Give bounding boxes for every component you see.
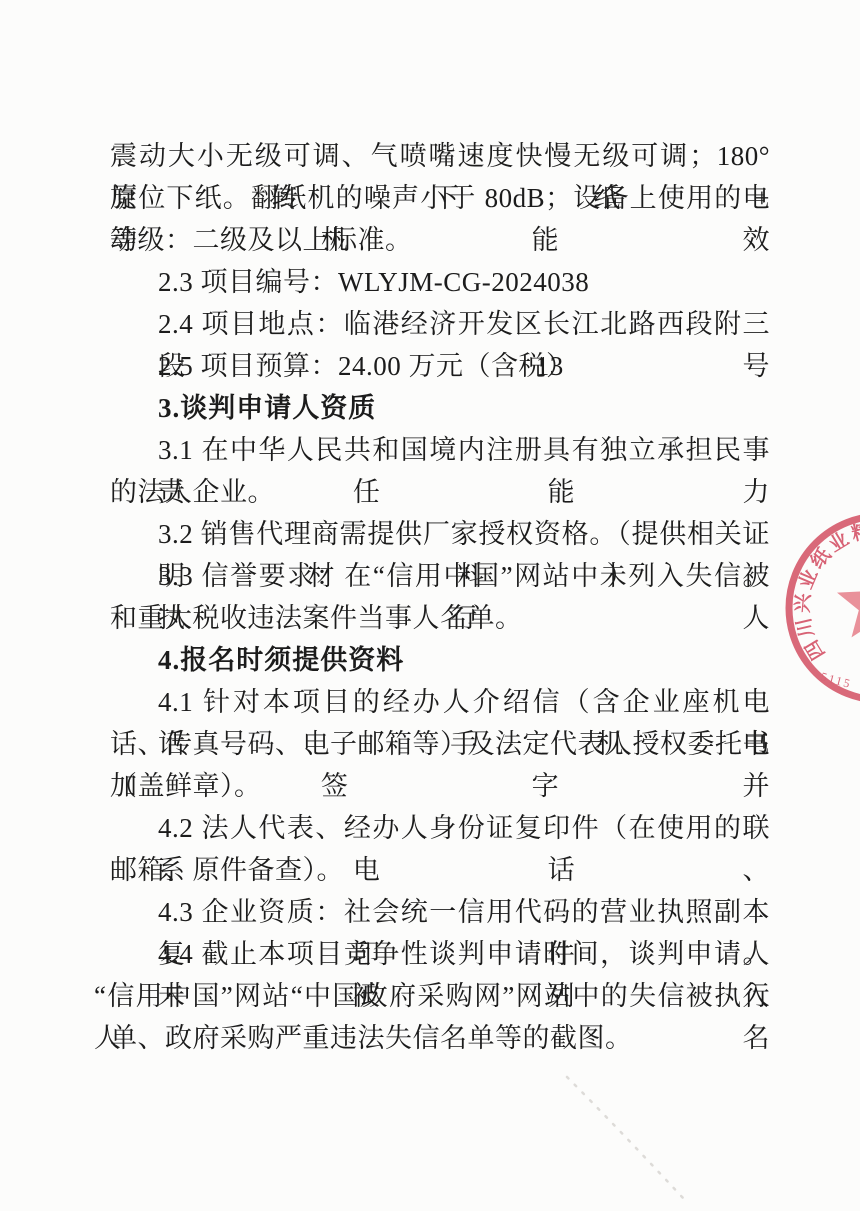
doc-line-project-number: 2.3 项目编号：WLYJM-CG-2024038 — [110, 261, 770, 303]
scanned-document-page: 震动大小无级可调、气喷嘴速度快慢无级可调；180° 旋转下纸+ 原位下纸。翻纸机… — [0, 0, 860, 1211]
section-heading-4: 4.报名时须提供资料 — [110, 639, 770, 681]
seal-serial-number: 5115 — [819, 669, 853, 691]
scan-artifact — [567, 1077, 683, 1198]
doc-line-21: “信用中国”网站“中国政府采购网”网站中的失信被执行人名 — [94, 975, 770, 1017]
seal-ring — [789, 516, 860, 700]
seal-star-icon — [837, 565, 860, 637]
doc-line-15: 话、传真号码、电子邮箱等）及法定代表人授权委托书（签字并 — [110, 723, 770, 765]
doc-line-11: 3.3 信誉要求：在“信用中国”网站中未列入失信被执行人 — [110, 555, 770, 597]
doc-line-17: 4.2 法人代表、经办人身份证复印件（在使用的联系电话、 — [110, 807, 770, 849]
doc-line-19: 4.3 企业资质：社会统一信用代码的营业执照副本复印件。 — [110, 891, 770, 933]
doc-line-20: 4.4 截止本项目竞争性谈判申请时间，谈判申请人未被列入 — [110, 933, 770, 975]
doc-line-01: 震动大小无级可调、气喷嘴速度快慢无级可调；180° 旋转下纸+ — [110, 135, 770, 177]
doc-line-08: 3.1 在中华人民共和国境内注册具有独立承担民事责任能力 — [110, 429, 770, 471]
section-heading-3: 3.谈判申请人资质 — [110, 387, 770, 429]
doc-line-02: 原位下纸。翻纸机的噪声小于 80dB；设备上使用的电动机能效 — [110, 177, 770, 219]
document-text-block: 震动大小无级可调、气喷嘴速度快慢无级可调；180° 旋转下纸+ 原位下纸。翻纸机… — [110, 135, 770, 1059]
doc-line-14: 4.1 针对本项目的经办人介绍信（含企业座机电话、手机电 — [110, 681, 770, 723]
doc-line-10: 3.2 销售代理商需提供厂家授权资格。（提供相关证明材料）。 — [110, 513, 770, 555]
doc-line-project-location: 2.4 项目地点：临港经济开发区长江北路西段附三段 13 号 — [110, 303, 770, 345]
